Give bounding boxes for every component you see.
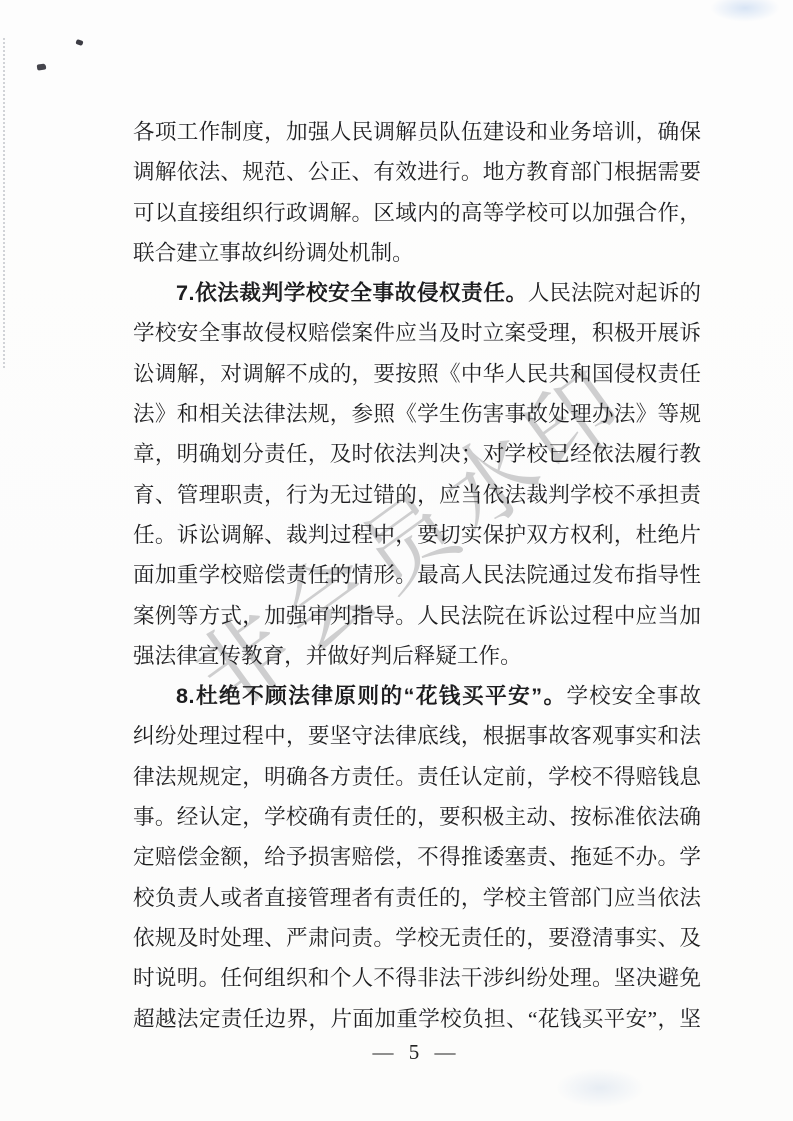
document-page: 非会员水印 各项工作制度，加强人民调解员队伍建设和业务培训，确保 调解依法、规范… bbox=[0, 0, 793, 1121]
section-7-heading: 7.依法裁判学校安全事故侵权责任。 bbox=[176, 280, 528, 305]
text-line: 法》和相关法律法规，参照《学生伤害事故处理办法》等规 bbox=[133, 394, 701, 434]
text-line: 超越法定责任边界，片面加重学校负担、“花钱买平安”，坚 bbox=[133, 999, 701, 1039]
text-line: 依规及时处理、严肃问责。学校无责任的，要澄清事实、及 bbox=[133, 918, 701, 958]
text-line: 7.依法裁判学校安全事故侵权责任。人民法院对起诉的 bbox=[133, 273, 701, 313]
scan-edge-artifact bbox=[3, 38, 5, 368]
text-line: 案例等方式，加强审判指导。人民法院在诉讼过程中应当加 bbox=[133, 596, 701, 636]
section-8-heading: 8.杜绝不顾法律原则的“花钱买平安”。 bbox=[176, 683, 567, 708]
text-run: 学校安全事故 bbox=[567, 684, 701, 708]
text-line: 时说明。任何组织和个人不得非法干涉纠纷处理。坚决避免 bbox=[133, 958, 701, 998]
text-line: 律法规规定，明确各方责任。责任认定前，学校不得赔钱息 bbox=[133, 757, 701, 797]
scan-tint-artifact bbox=[710, 0, 780, 22]
text-run: 人民法院对起诉的 bbox=[528, 281, 701, 305]
scan-tint-artifact bbox=[555, 1068, 645, 1108]
text-line: 育、管理职责，行为无过错的，应当依法裁判学校不承担责 bbox=[133, 475, 701, 515]
document-body: 各项工作制度，加强人民调解员队伍建设和业务培训，确保 调解依法、规范、公正、有效… bbox=[133, 112, 701, 1039]
ink-speck bbox=[75, 39, 83, 46]
text-line: 定赔偿金额，给予损害赔偿，不得推诿塞责、拖延不办。学 bbox=[133, 837, 701, 877]
page-number: — 5 — bbox=[20, 1040, 793, 1065]
text-line: 强法律宣传教育，并做好判后释疑工作。 bbox=[133, 636, 701, 676]
text-line: 学校安全事故侵权赔偿案件应当及时立案受理，积极开展诉 bbox=[133, 313, 701, 353]
text-line: 联合建立事故纠纷调处机制。 bbox=[133, 233, 701, 273]
text-line: 8.杜绝不顾法律原则的“花钱买平安”。学校安全事故 bbox=[133, 676, 701, 716]
text-line: 纠纷处理过程中，要坚守法律底线，根据事故客观事实和法 bbox=[133, 716, 701, 756]
text-line: 讼调解，对调解不成的，要按照《中华人民共和国侵权责任 bbox=[133, 354, 701, 394]
text-line: 任。诉讼调解、裁判过程中，要切实保护双方权利，杜绝片 bbox=[133, 515, 701, 555]
text-line: 章，明确划分责任，及时依法判决；对学校已经依法履行教 bbox=[133, 434, 701, 474]
text-line: 面加重学校赔偿责任的情形。最高人民法院通过发布指导性 bbox=[133, 555, 701, 595]
ink-speck bbox=[37, 63, 47, 70]
text-line: 可以直接组织行政调解。区域内的高等学校可以加强合作， bbox=[133, 193, 701, 233]
text-line: 各项工作制度，加强人民调解员队伍建设和业务培训，确保 bbox=[133, 112, 701, 152]
text-line: 校负责人或者直接管理者有责任的，学校主管部门应当依法 bbox=[133, 878, 701, 918]
text-line: 事。经认定，学校确有责任的，要积极主动、按标准依法确 bbox=[133, 797, 701, 837]
text-line: 调解依法、规范、公正、有效进行。地方教育部门根据需要 bbox=[133, 152, 701, 192]
